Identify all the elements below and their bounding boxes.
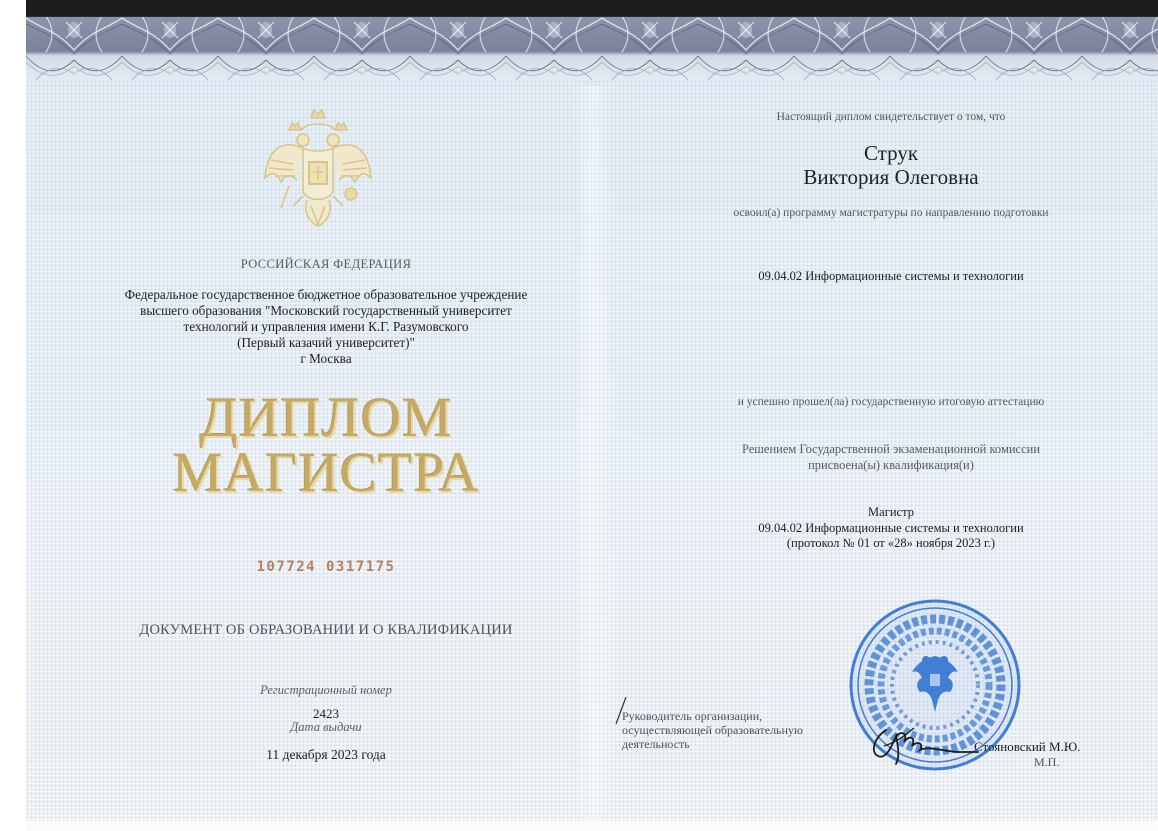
seal-place-label: М.П. [1034, 755, 1059, 770]
diploma-title-line2: МАГИСТРА [26, 446, 626, 501]
passed-attestation-text: и успешно прошел(ла) государственную ито… [616, 396, 1158, 408]
decision-line: Решением Государственной экзаменационной… [616, 442, 1158, 458]
mastered-program-text: освоил(а) программу магистратуры по напр… [616, 207, 1158, 219]
commission-decision: Решением Государственной экзаменационной… [616, 442, 1158, 473]
issue-date-label: Дата выдачи [26, 720, 626, 735]
signer-role: Руководитель организации, осуществляющей… [622, 709, 803, 751]
qualification-title: Магистр [616, 505, 1158, 521]
certifies-text: Настоящий диплом свидетельствует о том, … [616, 111, 1158, 123]
country-heading: РОССИЙСКАЯ ФЕДЕРАЦИЯ [26, 257, 626, 272]
decision-line: присвоена(ы) квалификация(и) [616, 458, 1158, 474]
signer-role-line: деятельность [622, 737, 803, 751]
double-headed-eagle-icon [259, 108, 377, 233]
institution-line: технологий и управления имени К.Г. Разум… [26, 319, 626, 335]
institution-line: высшего образования "Московский государс… [26, 303, 626, 319]
signer-role-line: Руководитель организации, [622, 709, 803, 723]
graduate-given-names: Виктория Олеговна [616, 165, 1158, 190]
qualification-block: Магистр 09.04.02 Информационные системы … [616, 505, 1158, 552]
graduate-surname: Струк [616, 141, 1158, 166]
signer-role-line: осуществляющей образовательную [622, 723, 803, 737]
program-name: 09.04.02 Информационные системы и технол… [616, 269, 1158, 284]
diploma-title: ДИПЛОМ МАГИСТРА [26, 391, 626, 501]
registration-label: Регистрационный номер [26, 683, 626, 698]
institution-city: г Москва [26, 351, 626, 367]
top-dark-band [26, 0, 1158, 16]
serial-number: 107724 0317175 [26, 559, 626, 575]
guilloche-banner [26, 16, 1158, 80]
signer-name: Стояновский М.Ю. [974, 739, 1080, 755]
institution-name: Федеральное государственное бюджетное об… [26, 287, 626, 367]
institution-line: (Первый казачий университет)" [26, 335, 626, 351]
qualification-protocol: (протокол № 01 от «28» ноября 2023 г.) [616, 536, 1158, 552]
bottom-margin [26, 821, 1158, 831]
document-type: ДОКУМЕНТ ОБ ОБРАЗОВАНИИ И О КВАЛИФИКАЦИИ [26, 622, 626, 639]
diploma-sheet: РОССИЙСКАЯ ФЕДЕРАЦИЯ Федеральное государ… [26, 16, 1158, 821]
qualification-program: 09.04.02 Информационные системы и технол… [616, 521, 1158, 537]
diploma-title-line1: ДИПЛОМ [26, 391, 626, 446]
institution-line: Федеральное государственное бюджетное об… [26, 287, 626, 303]
issue-date: 11 декабря 2023 года [26, 747, 626, 763]
